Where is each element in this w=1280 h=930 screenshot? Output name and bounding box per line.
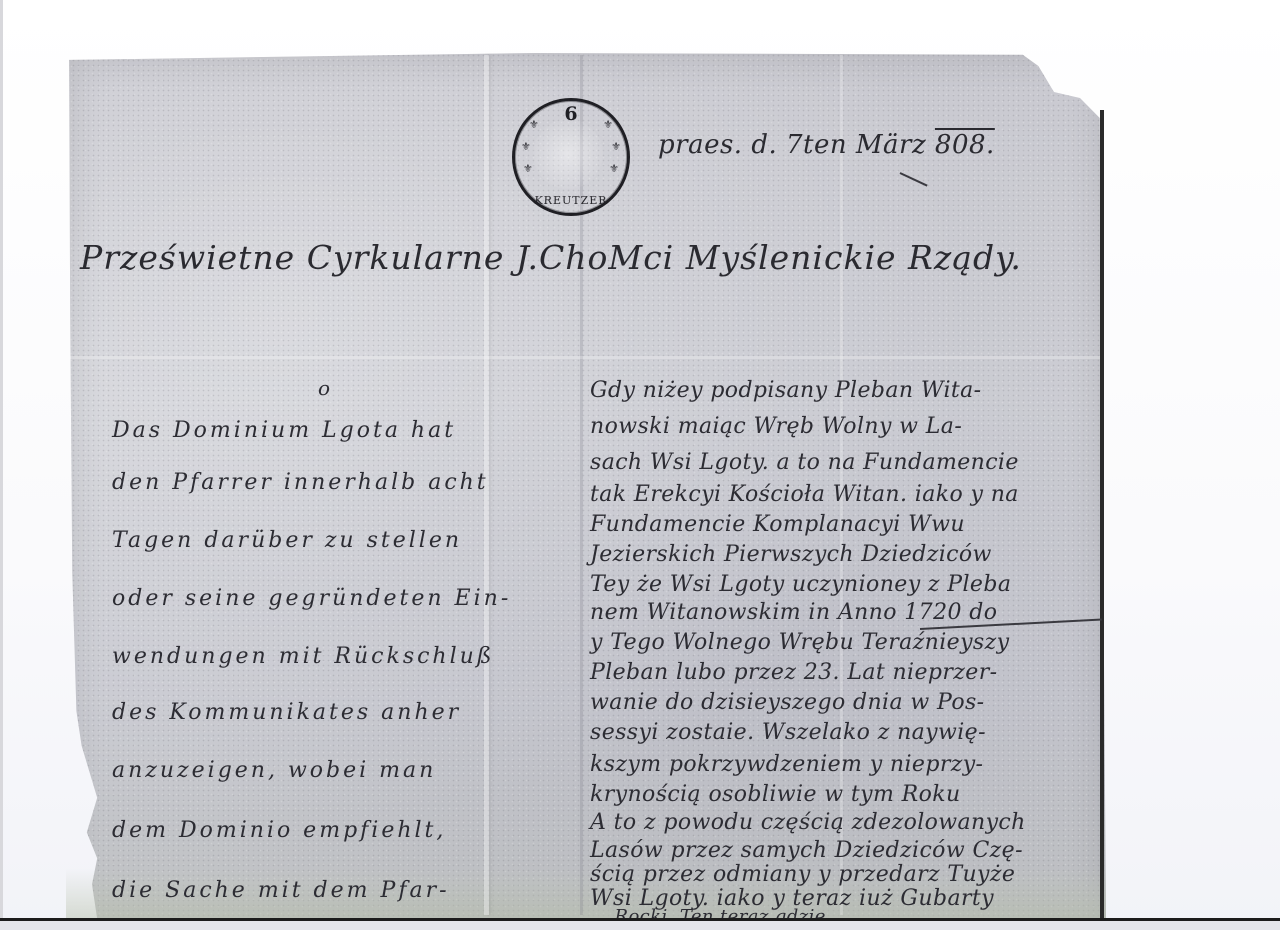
fold-line-horizontal [70,356,1100,359]
fleur-de-lis-icon: ⚜ [609,163,619,174]
right-line: Lasów przez samych Dziedziców Czę- [590,838,1023,863]
right-line: kszym pokrzywdzeniem y nieprzy- [590,752,983,777]
right-line: tak Erekcyi Kościoła Witan. iako y na [590,482,1019,507]
right-line: krynością osobliwie w tym Roku [590,782,961,807]
address-heading: Prześwietne Cyrkularne J.ChoMci Myślenic… [80,238,1022,277]
kreutzer-tax-stamp: 6 ⚜ ⚜ ⚜ ⚜ ⚜ ⚜ KREUTZER [512,98,630,216]
right-line: ścią przez odmiany y przedarz Tuyże [590,862,1015,887]
right-line: nem Witanowskim in Anno 1720 do [590,600,997,625]
right-line: wanie do dzisieyszego dnia w Pos- [590,690,985,715]
stamp-unit: KREUTZER [529,194,614,207]
scan-bottom-edge [0,918,1280,930]
right-line: Fundamencie Komplanacyi Wwu [590,512,965,537]
left-line: die Sache mit dem Pfar- [112,878,450,903]
right-line: sach Wsi Lgoty. a to na Fundamencie [590,450,1019,475]
right-line: Tey że Wsi Lgoty uczynioney z Pleba [590,572,1011,597]
fleur-de-lis-icon: ⚜ [603,119,613,130]
date-text: praes. d. 7ten März [658,130,926,160]
fleur-de-lis-icon: ⚜ [523,163,533,174]
left-line: anzuzeigen, wobei man [112,758,436,783]
received-date-line: praes. d. 7ten März 808. [658,130,995,160]
left-line: dem Dominio empfiehlt, [112,818,446,843]
right-line: nowski maiąc Wręb Wolny w La- [590,414,962,439]
left-line: Das Dominium Lgota hat [112,418,456,443]
left-column-top-mark: o [318,376,333,400]
right-line: A to z powodu częścią zdezolowanych [590,810,1026,835]
right-line: Pleban lubo przez 23. Lat nieprzer- [590,660,997,685]
left-line: Tagen darüber zu stellen [112,528,462,553]
date-year: 808. [935,130,995,160]
fleur-de-lis-icon: ⚜ [529,119,539,130]
right-line: Gdy niżey podpisany Pleban Wita- [590,378,982,403]
right-line: y Tego Wolnego Wrębu Teraźnieyszy [590,630,1009,655]
right-line: Jezierskich Pierwszych Dziedziców [590,542,992,567]
left-line: oder seine gegründeten Ein- [112,586,511,611]
stamp-embossed-center [533,119,603,189]
left-line: des Kommunikates anher [112,700,461,725]
left-line: den Pfarrer innerhalb acht [112,470,489,495]
scan-left-edge [0,0,3,918]
fleur-de-lis-icon: ⚜ [521,141,531,152]
left-line: wendungen mit Rückschluß [112,644,495,669]
fleur-de-lis-icon: ⚜ [611,141,621,152]
right-line: sessyi zostaie. Wszelako z naywię- [590,720,986,745]
paper-right-edge-shadow [1100,110,1104,918]
